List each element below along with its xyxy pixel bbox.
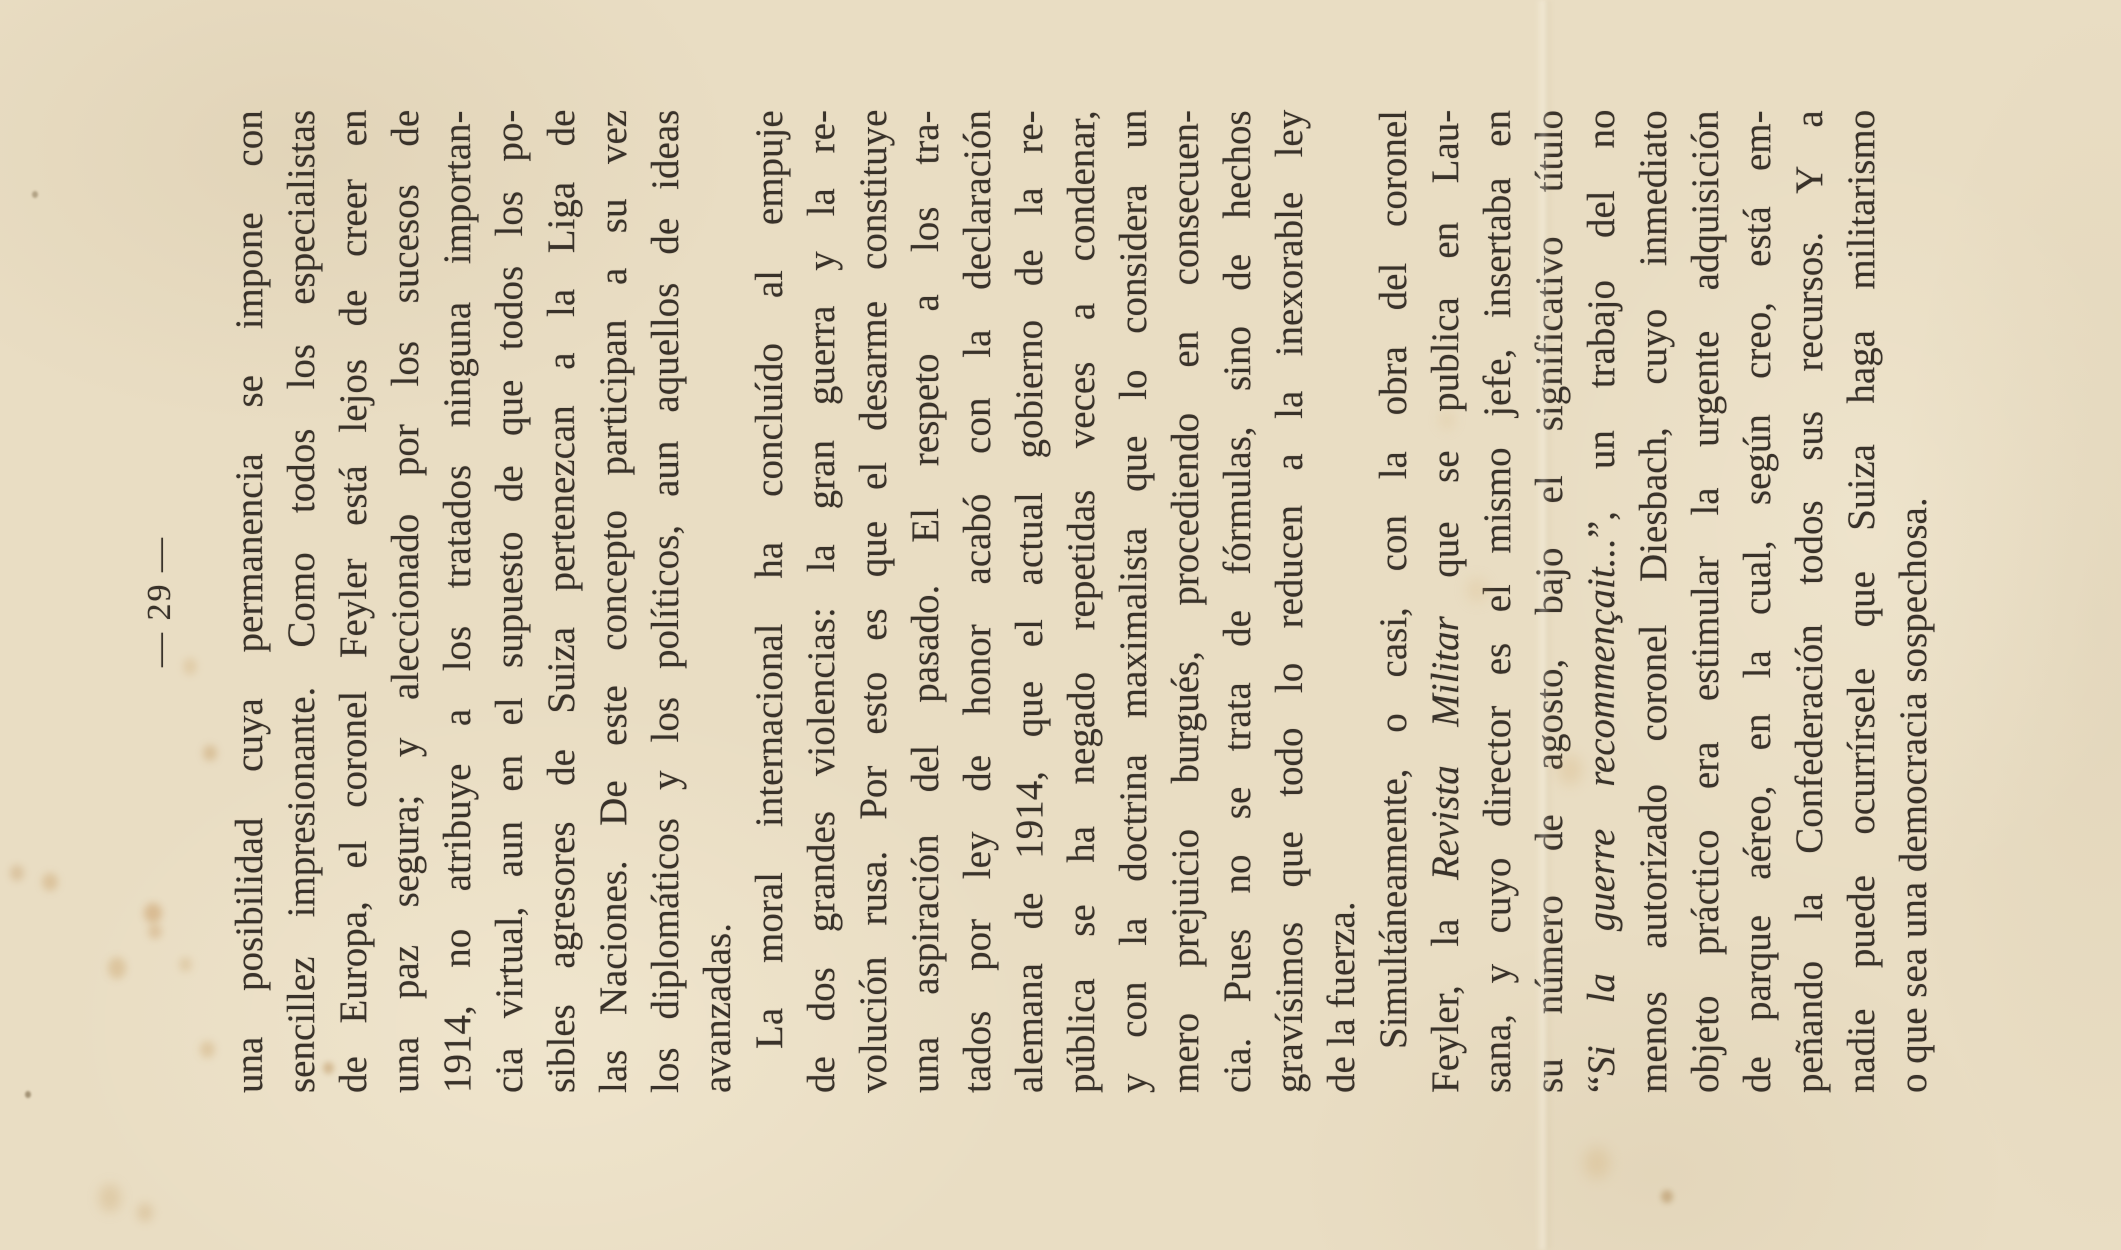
page-number: — 29 —: [140, 110, 180, 1093]
text-segment: 1914, no atribuye a los tratados ninguna…: [436, 111, 479, 1094]
text-segment: Feyler, la: [1424, 880, 1467, 1093]
text-line: de parque aéreo, en la cual, según creo,…: [1732, 110, 1784, 1093]
text-segment: avanzadas.: [696, 923, 739, 1093]
text-segment: tados por ley de honor acabó con la decl…: [956, 110, 999, 1093]
text-line: pública se ha negado repetidas veces a c…: [1056, 110, 1108, 1093]
text-line: menos autorizado coronel Diesbach, cuyo …: [1628, 110, 1680, 1093]
text-segment: nadie puede ocurrírsele que Suiza haga m…: [1840, 110, 1883, 1093]
text-line: o que sea una democracia sospechosa.: [1888, 110, 1940, 1093]
text-line: objeto práctico era estimular la urgente…: [1680, 110, 1732, 1093]
text-line: cia. Pues no se trata de fórmulas, sino …: [1212, 110, 1264, 1093]
foxing-stain: [32, 192, 38, 199]
book-page: — 29 — una posibilidad cuya permanencia …: [0, 0, 2121, 1250]
text-block: una posibilidad cuya permanencia se impo…: [224, 110, 1940, 1093]
text-line: cia virtual, aun en el supuesto de que t…: [484, 110, 536, 1093]
text-segment: una posibilidad cuya permanencia se impo…: [228, 110, 271, 1093]
foxing-stain: [1661, 1191, 1673, 1204]
text-line: Simultáneamente, o casi, con la obra del…: [1368, 110, 1420, 1093]
foxing-stain: [200, 1042, 215, 1059]
text-line: avanzadas.: [692, 110, 744, 1093]
italic-text-segment: Si la guerre recommençait...: [1580, 538, 1623, 1076]
text-line: gravísimos que todo lo reducen a la inex…: [1264, 110, 1316, 1093]
text-segment: cia virtual, aun en el supuesto de que t…: [488, 110, 531, 1093]
text-segment: una aspiración del pasado. El respeto a …: [904, 111, 947, 1094]
scanned-page-canvas: — 29 — una posibilidad cuya permanencia …: [0, 0, 2121, 1250]
text-segment: sencillez impresionante. Como todos los …: [280, 110, 323, 1093]
text-line: sana, y cuyo director es el mismo jefe, …: [1472, 110, 1524, 1093]
foxing-stain: [42, 873, 58, 891]
text-segment: sana, y cuyo director es el mismo jefe, …: [1476, 110, 1519, 1093]
foxing-stain: [1584, 1147, 1610, 1179]
foxing-stain: [179, 958, 192, 973]
text-segment: pública se ha negado repetidas veces a c…: [1060, 110, 1103, 1093]
paper-crease: [1536, 0, 1552, 1250]
text-segment: que se publica en Lau-: [1424, 110, 1467, 617]
foxing-stain: [137, 1204, 153, 1223]
text-line: 1914, no atribuye a los tratados ninguna…: [432, 110, 484, 1093]
text-segment: objeto práctico era estimular la urgente…: [1684, 111, 1727, 1094]
text-line: “Si la guerre recommençait...”, un traba…: [1576, 110, 1628, 1093]
foxing-stain: [203, 745, 217, 761]
text-segment: una paz segura; y aleccionado por los su…: [384, 110, 427, 1093]
text-line: nadie puede ocurrírsele que Suiza haga m…: [1836, 110, 1888, 1093]
text-line: tados por ley de honor acabó con la decl…: [952, 110, 1004, 1093]
text-segment: de la fuerza.: [1320, 901, 1363, 1093]
text-segment: menos autorizado coronel Diesbach, cuyo …: [1632, 110, 1675, 1093]
text-line: volución rusa. Por esto es que el desarm…: [848, 110, 900, 1093]
text-line: los diplomáticos y los políticos, aun aq…: [640, 110, 692, 1093]
foxing-stain: [25, 1092, 31, 1099]
text-line: de Europa, el coronel Feyler está lejos …: [328, 110, 380, 1093]
text-segment: gravísimos que todo lo reducen a la inex…: [1268, 110, 1311, 1093]
text-line: peñando la Confederación todos sus recur…: [1784, 110, 1836, 1093]
text-line: de dos grandes violencias: la gran guerr…: [796, 110, 848, 1093]
text-segment: cia. Pues no se trata de fórmulas, sino …: [1216, 110, 1259, 1093]
text-segment: volución rusa. Por esto es que el desarm…: [852, 110, 895, 1093]
text-line: las Naciones. De este concepto participa…: [588, 110, 640, 1093]
text-segment: Simultáneamente, o casi, con la obra del…: [1372, 110, 1415, 1049]
text-segment: de parque aéreo, en la cual, según creo,…: [1736, 110, 1779, 1093]
text-segment: o que sea una democracia sospechosa.: [1892, 497, 1935, 1093]
text-segment: de Europa, el coronel Feyler está lejos …: [332, 110, 375, 1093]
text-segment: peñando la Confederación todos sus recur…: [1788, 110, 1831, 1093]
text-line: una posibilidad cuya permanencia se impo…: [224, 110, 276, 1093]
text-line: sencillez impresionante. Como todos los …: [276, 110, 328, 1093]
text-segment: La moral internacional ha concluído al e…: [748, 110, 791, 1049]
text-line: mero prejuicio burgués, procediendo en c…: [1160, 110, 1212, 1093]
text-segment: ”, un trabajo del no: [1580, 110, 1623, 539]
text-line: de la fuerza.: [1316, 110, 1368, 1093]
text-segment: y con la doctrina maximalista que lo con…: [1112, 110, 1155, 1093]
text-line: sibles agresores de Suiza pertenezcan a …: [536, 110, 588, 1093]
text-segment: las Naciones. De este concepto participa…: [592, 110, 635, 1093]
text-segment: los diplomáticos y los políticos, aun aq…: [644, 110, 687, 1093]
foxing-stain: [108, 957, 126, 979]
italic-text-segment: Revista Militar: [1424, 616, 1467, 880]
foxing-stain: [99, 1184, 121, 1212]
text-segment: “: [1580, 1076, 1623, 1093]
text-segment: alemana de 1914, que el actual gobierno …: [1008, 110, 1051, 1093]
text-segment: sibles agresores de Suiza pertenezcan a …: [540, 110, 583, 1093]
foxing-stain: [10, 865, 24, 881]
foxing-stain: [183, 659, 197, 676]
text-segment: mero prejuicio burgués, procediendo en c…: [1164, 110, 1207, 1093]
text-line: Feyler, la Revista Militar que se public…: [1420, 110, 1472, 1093]
text-line: La moral internacional ha concluído al e…: [744, 110, 796, 1093]
text-line: y con la doctrina maximalista que lo con…: [1108, 110, 1160, 1093]
text-line: una aspiración del pasado. El respeto a …: [900, 110, 952, 1093]
text-line: alemana de 1914, que el actual gobierno …: [1004, 110, 1056, 1093]
text-line: una paz segura; y aleccionado por los su…: [380, 110, 432, 1093]
text-segment: de dos grandes violencias: la gran guerr…: [800, 110, 843, 1093]
